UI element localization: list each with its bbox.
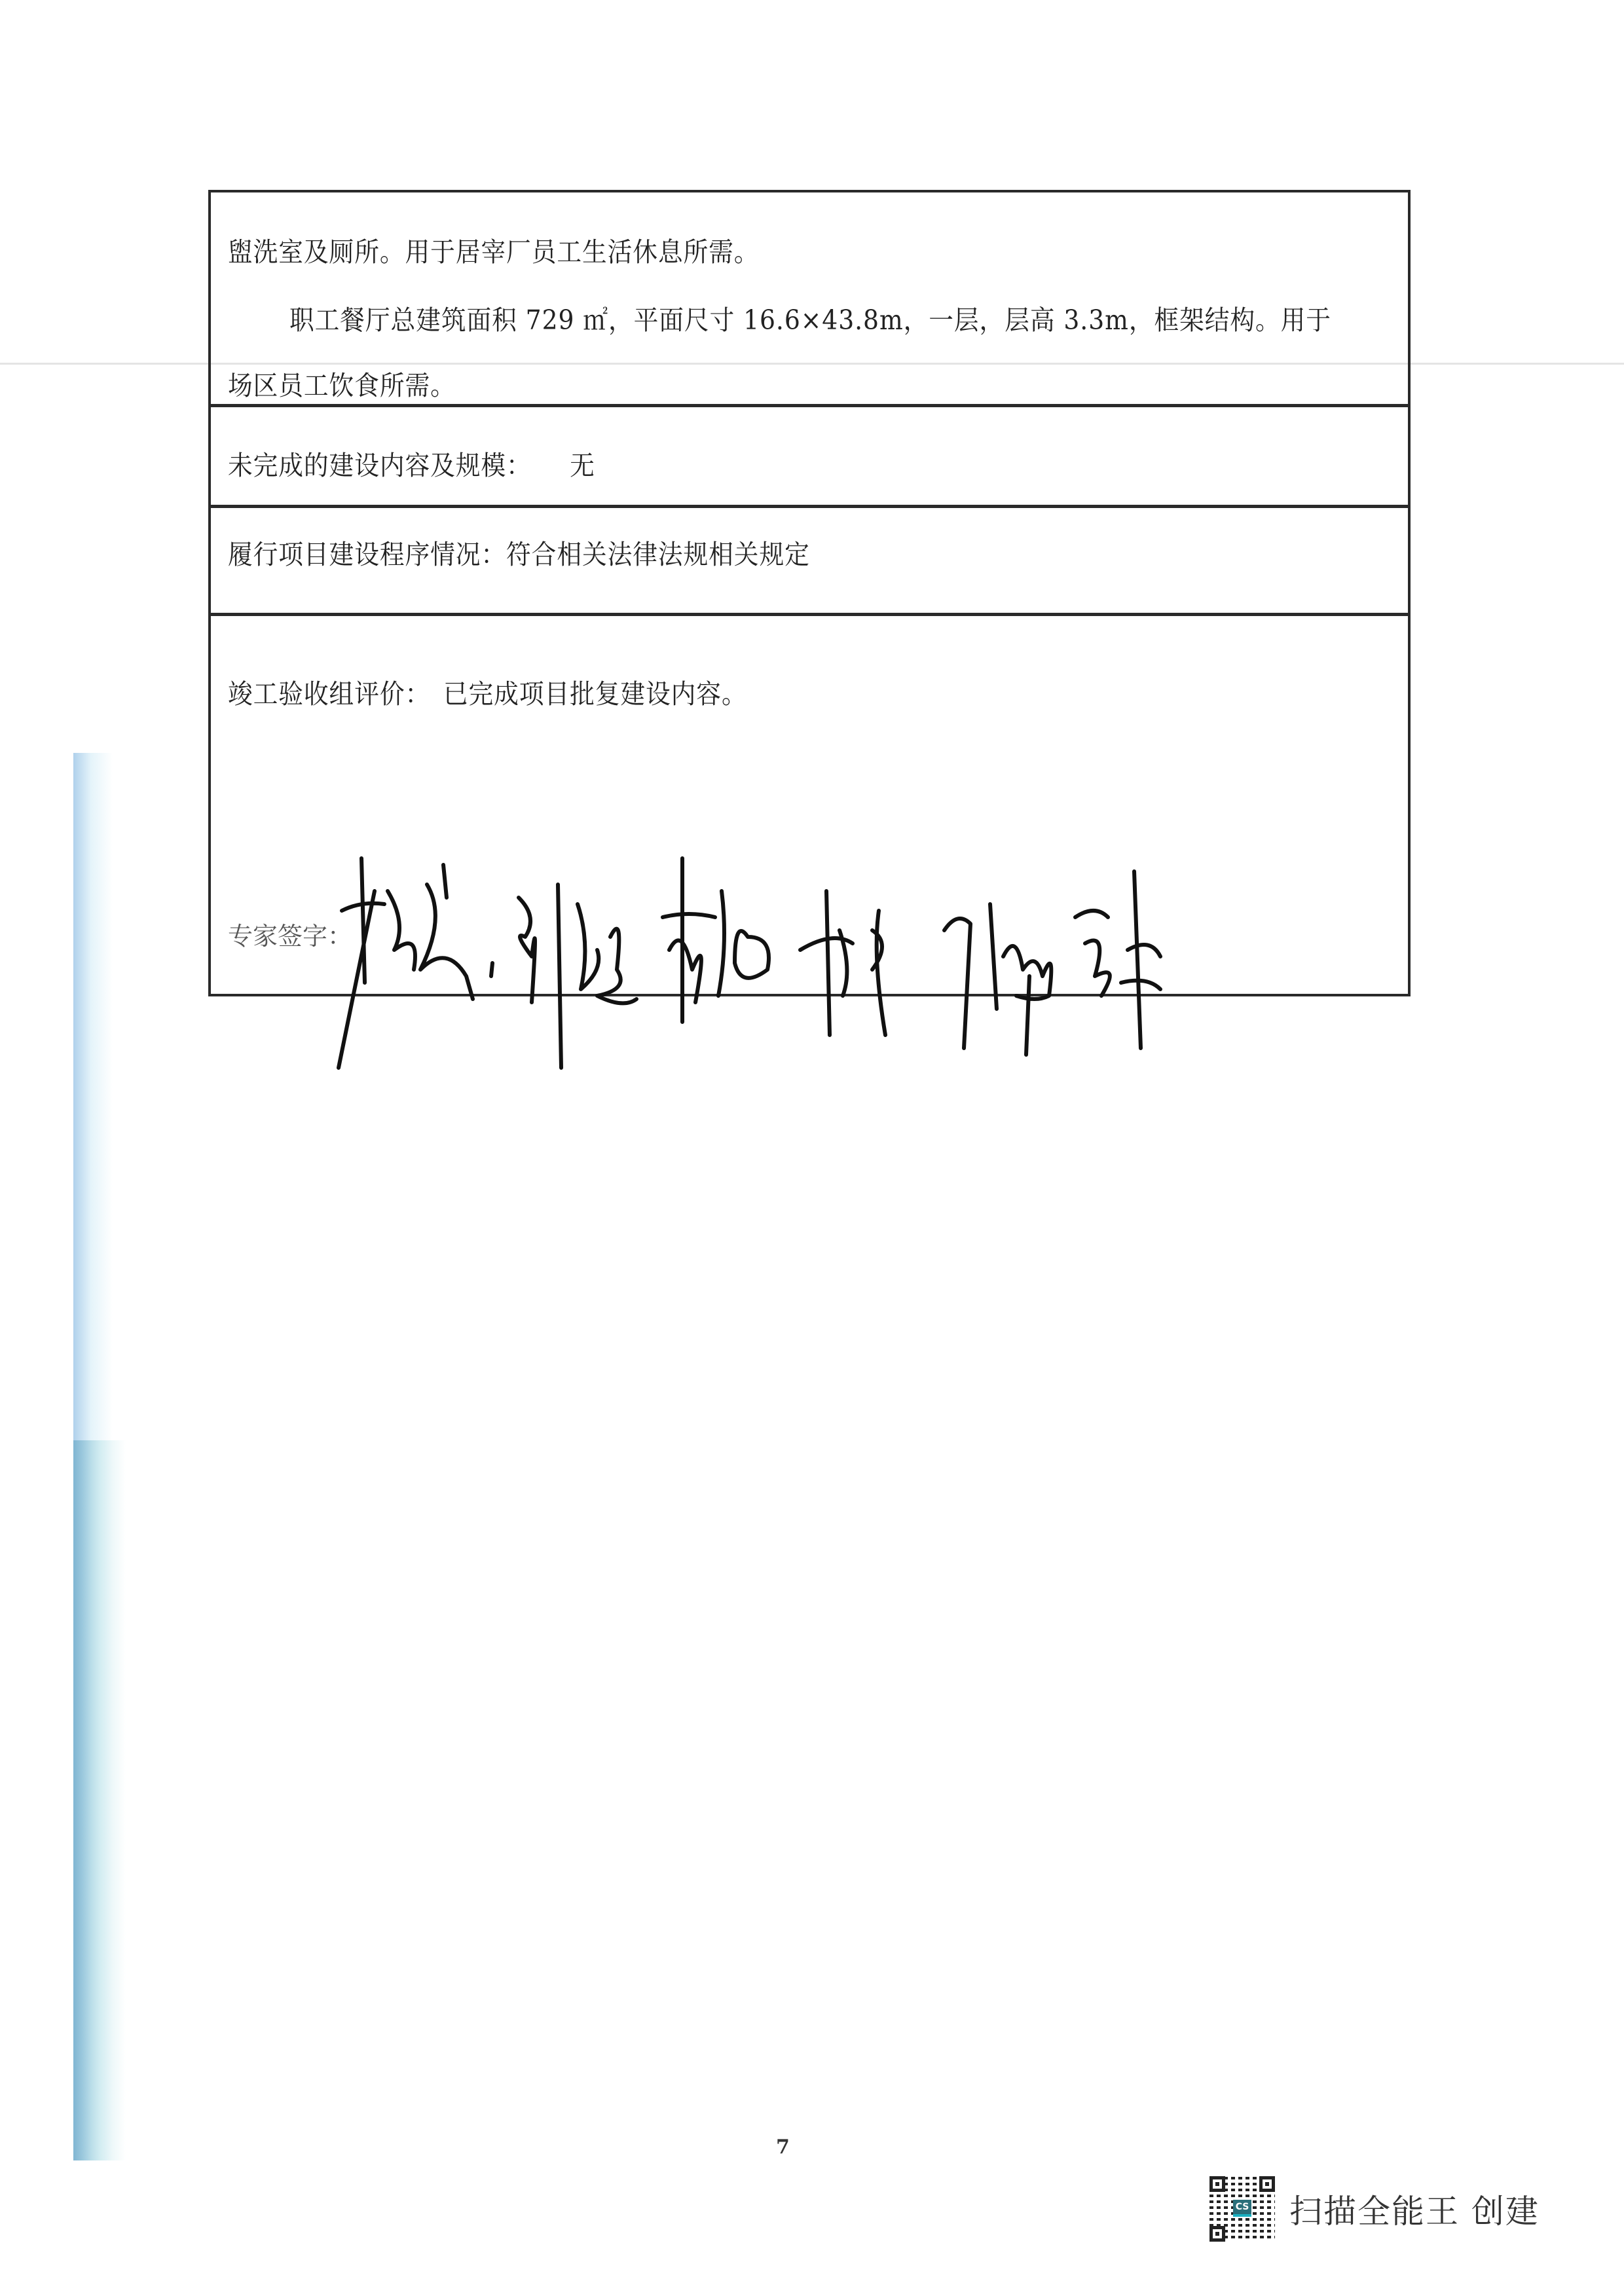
- unfinished-field: 未完成的建设内容及规模： 无: [228, 444, 595, 483]
- page-number: 7: [776, 2136, 790, 2159]
- procedure-value: 符合相关法律法规相关规定: [506, 539, 810, 570]
- watermark-text: 扫描全能王 创建: [1289, 2185, 1540, 2232]
- qr-code-icon: CS: [1208, 2175, 1276, 2243]
- table-row-unfinished: 未完成的建设内容及规模： 无: [211, 407, 1408, 508]
- evaluation-label: 竣工验收组评价：: [228, 678, 430, 710]
- camscanner-logo-icon: CS: [1233, 2200, 1251, 2217]
- evaluation-field: 竣工验收组评价： 已完成项目批复建设内容。: [228, 672, 747, 711]
- description-line-3: 场区员工饮食所需。: [228, 364, 456, 403]
- handwritten-signature-6: [1075, 871, 1160, 1048]
- qr-finder-pattern: [1259, 2176, 1275, 2192]
- scan-edge-tint-lower: [73, 1440, 126, 2160]
- handwritten-signature-3: [663, 858, 769, 1022]
- qr-finder-pattern: [1209, 2176, 1225, 2192]
- evaluation-value: 已完成项目批复建设内容。: [443, 678, 747, 710]
- qr-finder-pattern: [1209, 2226, 1225, 2242]
- expert-signatures: [316, 839, 1429, 1055]
- unfinished-value: 无: [570, 450, 595, 481]
- procedure-label: 履行项目建设程序情况：: [228, 539, 506, 570]
- table-row-procedure: 履行项目建设程序情况：符合相关法律法规相关规定: [211, 508, 1408, 616]
- handwritten-signature-5: [944, 904, 1051, 1055]
- table-row-evaluation: 竣工验收组评价： 已完成项目批复建设内容。 专家签字：: [211, 616, 1408, 996]
- handwritten-signature-4: [800, 891, 885, 1035]
- description-line-1: 盥洗室及厕所。用于居宰厂员工生活休息所需。: [228, 230, 759, 269]
- handwritten-signature-1: [339, 858, 473, 1068]
- procedure-field: 履行项目建设程序情况：符合相关法律法规相关规定: [228, 533, 810, 572]
- unfinished-label: 未完成的建设内容及规模：: [228, 450, 532, 481]
- table-row-description: 盥洗室及厕所。用于居宰厂员工生活休息所需。 职工餐厅总建筑面积 729 ㎡，平面…: [211, 192, 1408, 407]
- handwritten-signature-2: [491, 884, 637, 1068]
- camscanner-watermark: CS 扫描全能王 创建: [1208, 2175, 1540, 2243]
- acceptance-table: 盥洗室及厕所。用于居宰厂员工生活休息所需。 职工餐厅总建筑面积 729 ㎡，平面…: [208, 190, 1411, 996]
- description-line-2: 职工餐厅总建筑面积 729 ㎡，平面尺寸 16.6×43.8m，一层，层高 3.…: [289, 299, 1331, 337]
